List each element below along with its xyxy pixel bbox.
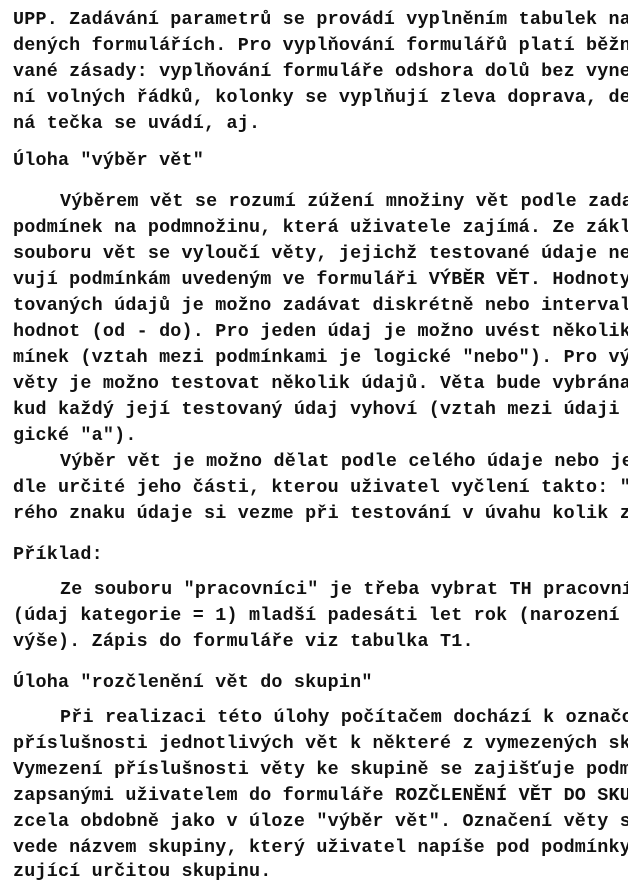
- text-line: mínek (vztah mezi podmínkami je logické …: [13, 348, 628, 368]
- text-line: (údaj kategorie = 1) mladší padesáti let…: [13, 606, 628, 626]
- text-line: hodnot (od - do). Pro jeden údaj je možn…: [13, 322, 628, 342]
- text-line: podmínek na podmnožinu, která uživatele …: [13, 218, 628, 238]
- text-line: věty je možno testovat několik údajů. Vě…: [13, 374, 628, 394]
- text-line: kud každý její testovaný údaj vyhoví (vz…: [13, 400, 628, 420]
- text-line: vují podmínkám uvedeným ve formuláři VÝB…: [13, 270, 628, 290]
- text-line: zcela obdobně jako v úloze "výběr vět". …: [13, 812, 628, 832]
- section-heading-rozcleneni-vet: Úloha "rozčlenění vět do skupin": [13, 673, 373, 693]
- text-line: tovaných údajů je možno zadávat diskrétn…: [13, 296, 628, 316]
- text-line: výše). Zápis do formuláře viz tabulka T1…: [13, 632, 474, 652]
- text-line: dle určité jeho části, kterou uživatel v…: [13, 478, 628, 498]
- section-heading-vyber-vet: Úloha "výběr vět": [13, 151, 204, 171]
- text-line: Při realizaci této úlohy počítačem dochá…: [60, 708, 628, 728]
- text-line: Vymezení příslušnosti věty ke skupině se…: [13, 760, 628, 780]
- typewritten-page: UPP. Zadávání parametrů se provádí vypln…: [0, 0, 628, 882]
- text-line: vede názvem skupiny, který uživatel napí…: [13, 838, 628, 858]
- example-heading: Příklad:: [13, 545, 103, 565]
- text-line: příslušnosti jednotlivých vět k některé …: [13, 734, 628, 754]
- text-line: UPP. Zadávání parametrů se provádí vypln…: [13, 10, 628, 30]
- text-line: zapsanými uživatelem do formuláře ROZČLE…: [13, 786, 628, 806]
- text-line: ní volných řádků, kolonky se vyplňují zl…: [13, 88, 628, 108]
- text-line: dených formulářích. Pro vyplňování formu…: [13, 36, 628, 56]
- text-line: rého znaku údaje si vezme při testování …: [13, 504, 628, 524]
- text-line: ná tečka se uvádí, aj.: [13, 114, 260, 134]
- text-line: Ze souboru "pracovníci" je třeba vybrat …: [60, 580, 628, 600]
- text-line: vané zásady: vyplňování formuláře odshor…: [13, 62, 628, 82]
- text-line: zující určitou skupinu.: [13, 862, 271, 882]
- text-line: gické "a").: [13, 426, 137, 446]
- text-line: Výběrem vět se rozumí zúžení množiny vět…: [60, 192, 628, 212]
- text-line: Výběr vět je možno dělat podle celého úd…: [60, 452, 628, 472]
- text-line: souboru vět se vyloučí věty, jejichž tes…: [13, 244, 628, 264]
